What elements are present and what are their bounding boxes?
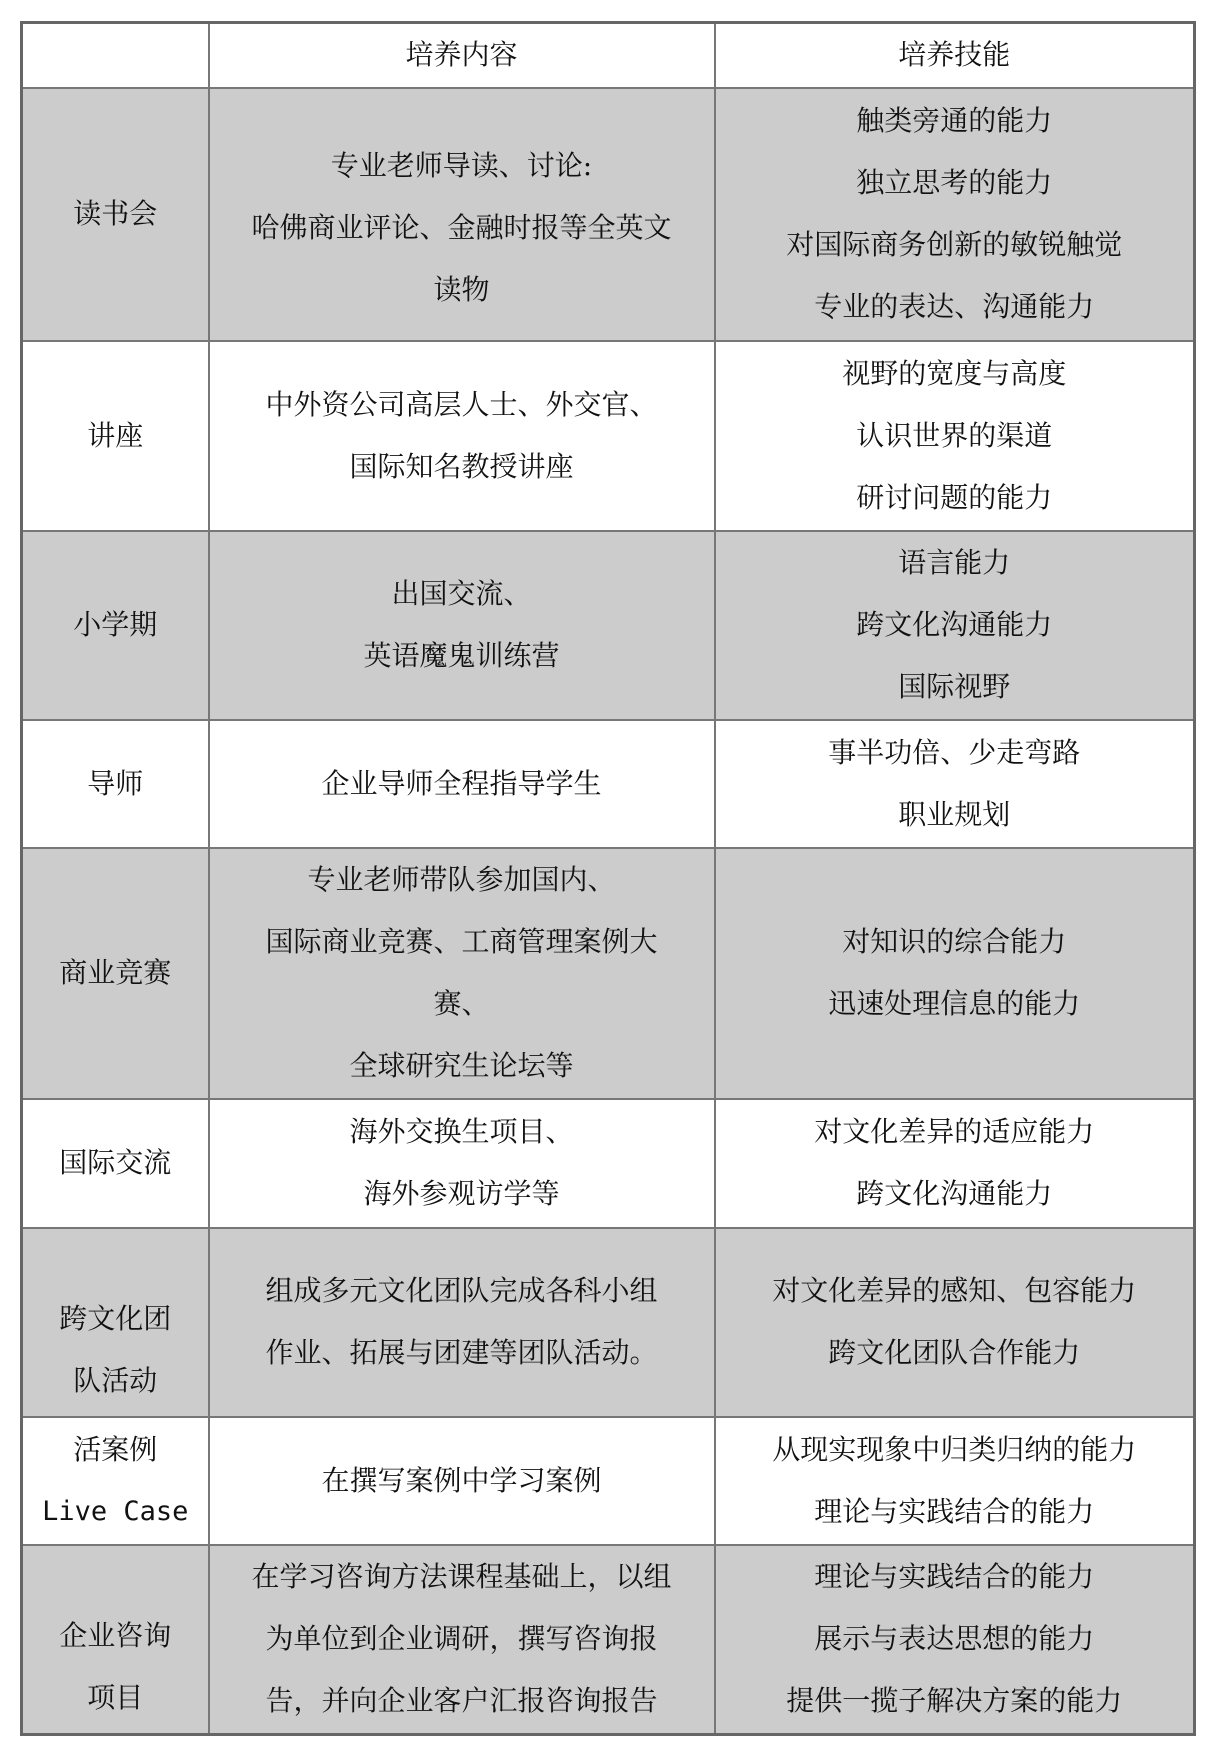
row-name: 活案例 Live Case [22,1417,209,1545]
row-skills: 理论与实践结合的能力 展示与表达思想的能力 提供一揽子解决方案的能力 [715,1545,1195,1735]
row-content: 出国交流、 英语魔鬼训练营 [209,531,715,720]
row-skills: 对文化差异的感知、包容能力 跨文化团队合作能力 [715,1228,1195,1417]
table-row: 讲座 中外资公司高层人士、外交官、 国际知名教授讲座 视野的宽度与高度 认识世界… [22,341,1195,531]
row-skills: 对知识的综合能力 迅速处理信息的能力 [715,848,1195,1099]
table-row: 活案例 Live Case 在撰写案例中学习案例 从现实现象中归类归纳的能力 理… [22,1417,1195,1545]
header-row: 培养内容 培养技能 [22,23,1195,88]
row-content: 中外资公司高层人士、外交官、 国际知名教授讲座 [209,341,715,531]
row-content: 在撰写案例中学习案例 [209,1417,715,1545]
row-skills: 视野的宽度与高度 认识世界的渠道 研讨问题的能力 [715,341,1195,531]
row-content: 海外交换生项目、 海外参观访学等 [209,1099,715,1228]
row-skills: 事半功倍、少走弯路 职业规划 [715,720,1195,848]
header-skills: 培养技能 [715,23,1195,88]
table-row: 读书会 专业老师导读、讨论: 哈佛商业评论、金融时报等全英文 读物 触类旁通的能… [22,88,1195,341]
row-name: 跨文化团 队活动 [22,1228,209,1417]
row-content: 在学习咨询方法课程基础上，以组 为单位到企业调研，撰写咨询报 告，并向企业客户汇… [209,1545,715,1735]
row-content: 组成多元文化团队完成各科小组 作业、拓展与团建等团队活动。 [209,1228,715,1417]
table-row: 国际交流 海外交换生项目、 海外参观访学等 对文化差异的适应能力 跨文化沟通能力 [22,1099,1195,1228]
row-content: 企业导师全程指导学生 [209,720,715,848]
row-name: 导师 [22,720,209,848]
row-name: 小学期 [22,531,209,720]
row-name: 国际交流 [22,1099,209,1228]
header-content: 培养内容 [209,23,715,88]
table-row: 企业咨询 项目 在学习咨询方法课程基础上，以组 为单位到企业调研，撰写咨询报 告… [22,1545,1195,1735]
row-name: 读书会 [22,88,209,341]
row-name: 企业咨询 项目 [22,1545,209,1735]
table-row: 商业竞赛 专业老师带队参加国内、 国际商业竞赛、工商管理案例大 赛、 全球研究生… [22,848,1195,1099]
training-table: 培养内容 培养技能 读书会 专业老师导读、讨论: 哈佛商业评论、金融时报等全英文… [20,21,1196,1736]
row-content: 专业老师带队参加国内、 国际商业竞赛、工商管理案例大 赛、 全球研究生论坛等 [209,848,715,1099]
row-skills: 触类旁通的能力 独立思考的能力 对国际商务创新的敏锐触觉 专业的表达、沟通能力 [715,88,1195,341]
row-skills: 对文化差异的适应能力 跨文化沟通能力 [715,1099,1195,1228]
row-skills: 从现实现象中归类归纳的能力 理论与实践结合的能力 [715,1417,1195,1545]
row-name: 讲座 [22,341,209,531]
row-content: 专业老师导读、讨论: 哈佛商业评论、金融时报等全英文 读物 [209,88,715,341]
table-row: 跨文化团 队活动 组成多元文化团队完成各科小组 作业、拓展与团建等团队活动。 对… [22,1228,1195,1417]
header-empty [22,23,209,88]
table-row: 小学期 出国交流、 英语魔鬼训练营 语言能力 跨文化沟通能力 国际视野 [22,531,1195,720]
row-skills: 语言能力 跨文化沟通能力 国际视野 [715,531,1195,720]
row-name: 商业竞赛 [22,848,209,1099]
table-row: 导师 企业导师全程指导学生 事半功倍、少走弯路 职业规划 [22,720,1195,848]
